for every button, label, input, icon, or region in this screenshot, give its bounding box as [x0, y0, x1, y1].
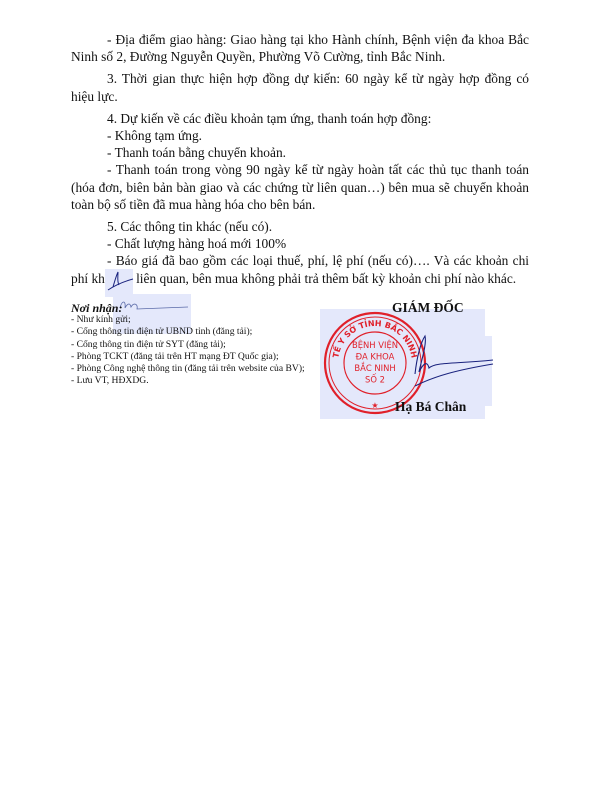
- recipient-item: - Như kính gửi;: [71, 314, 305, 326]
- svg-text:ĐA KHOA: ĐA KHOA: [356, 352, 395, 362]
- document-body: - Địa điểm giao hàng: Giao hàng tại kho …: [71, 31, 529, 287]
- recipient-item: - Phòng Công nghệ thông tin (đăng tải tr…: [71, 363, 305, 375]
- paragraph: - Địa điểm giao hàng: Giao hàng tại kho …: [71, 31, 529, 65]
- recipients-title: Nơi nhận:: [71, 302, 305, 314]
- paragraph: - Không tạm ứng.: [71, 127, 529, 144]
- signer-name: Hạ Bá Chân: [395, 399, 466, 415]
- svg-text:BỆNH VIỆN: BỆNH VIỆN: [352, 339, 398, 351]
- paragraph: 5. Các thông tin khác (nếu có).: [71, 218, 529, 235]
- recipients-list: Nơi nhận: - Như kính gửi;- Cổng thông ti…: [71, 302, 305, 387]
- document-page: - Địa điểm giao hàng: Giao hàng tại kho …: [0, 0, 592, 799]
- svg-text:★: ★: [371, 401, 378, 410]
- recipient-item: - Lưu VT, HĐXDG.: [71, 375, 305, 387]
- recipient-item: - Cổng thông tin điện tử UBND tỉnh (đăng…: [71, 326, 305, 338]
- svg-text:BẮC NINH: BẮC NINH: [354, 361, 395, 373]
- svg-text:SỐ 2: SỐ 2: [365, 373, 385, 385]
- recipient-item: - Phòng TCKT (đăng tải trên HT mạng ĐT Q…: [71, 351, 305, 363]
- paragraph: - Thanh toán trong vòng 90 ngày kể từ ng…: [71, 161, 529, 213]
- paragraph: - Chất lượng hàng hoá mới 100%: [71, 235, 529, 252]
- recipient-item: - Cổng thông tin điện tử SYT (đăng tải);: [71, 339, 305, 351]
- paragraph: - Thanh toán bằng chuyển khoản.: [71, 144, 529, 161]
- paragraph: 4. Dự kiến về các điều khoản tạm ứng, th…: [71, 110, 529, 127]
- signature-block: GIÁM ĐỐC TẾ Y SỞ TỈNH BẮC NINH BỆNH VIỆN…: [320, 296, 510, 416]
- initial-signature-icon: [106, 270, 134, 292]
- handwritten-signature-icon: [395, 334, 495, 394]
- paragraph: - Báo giá đã bao gồm các loại thuế, phí,…: [71, 252, 529, 286]
- paragraph: 3. Thời gian thực hiện hợp đồng dự kiến:…: [71, 70, 529, 104]
